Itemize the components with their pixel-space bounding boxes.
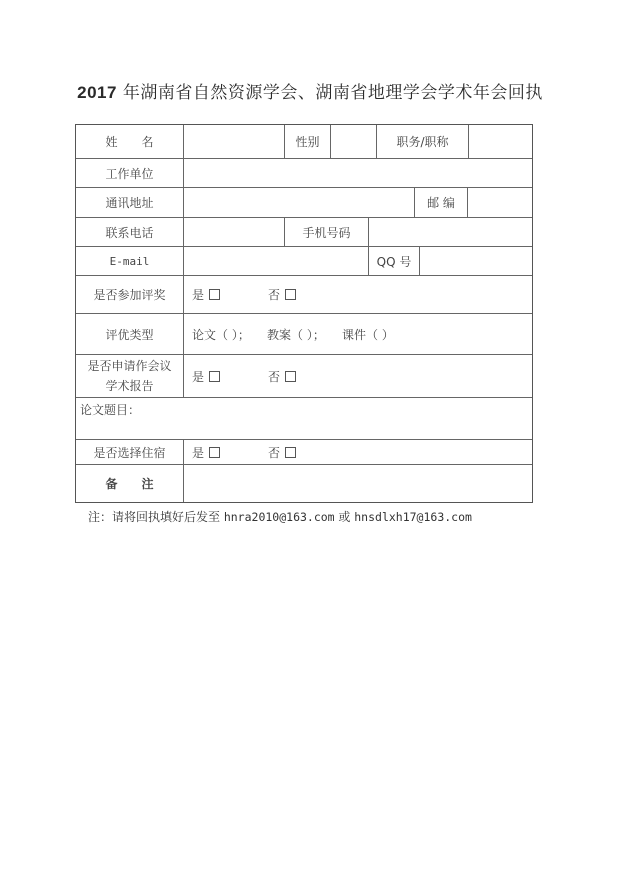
row-paper-title: 论文题目： [76, 397, 532, 439]
note-prefix: 注：请将回执填好后发至 [88, 510, 224, 524]
qq-label: QQ 号 [368, 247, 419, 275]
report-yes-label: 是 [192, 368, 204, 385]
lodging-no-option[interactable]: 否 [268, 444, 296, 461]
award-no-label: 否 [268, 286, 280, 303]
mobile-label: 手机号码 [284, 218, 368, 246]
address-field[interactable] [183, 188, 414, 217]
name-field[interactable] [183, 125, 284, 158]
report-no-label: 否 [268, 368, 280, 385]
type-lesson-plan-option[interactable]: 教案（ ）； [267, 326, 342, 343]
email-link-2[interactable]: hnsdlxh17@163.com [354, 510, 472, 524]
note-or: 或 [335, 510, 355, 524]
row-award: 是否参加评奖 是 否 [76, 275, 532, 313]
report-label-line2: 学术报告 [105, 376, 153, 396]
position-label: 职务/职称 [376, 125, 468, 158]
award-type-label: 评优类型 [76, 314, 183, 354]
remarks-field[interactable] [183, 465, 532, 502]
row-phone: 联系电话 手机号码 [76, 217, 532, 246]
lodging-no-checkbox[interactable] [285, 447, 296, 458]
report-no-checkbox[interactable] [285, 371, 296, 382]
award-type-options: 论文（ ）； 教案（ ）； 课件（ ） [183, 314, 532, 354]
row-report: 是否申请作会议 学术报告 是 否 [76, 354, 532, 397]
report-yes-option[interactable]: 是 [192, 368, 268, 385]
remarks-label: 备 注 [76, 465, 183, 502]
work-unit-label: 工作单位 [76, 159, 183, 187]
mobile-field[interactable] [368, 218, 532, 246]
row-address: 通讯地址 邮 编 [76, 187, 532, 217]
title-year: 2017 [77, 83, 117, 102]
paper-title-field[interactable]: 论文题目： [76, 398, 532, 439]
gender-field[interactable] [330, 125, 376, 158]
type-paper-option[interactable]: 论文（ ）； [192, 326, 267, 343]
title-text: 年湖南省自然资源学会、湖南省地理学会学术年会回执 [117, 83, 543, 103]
type-courseware-option[interactable]: 课件（ ） [342, 326, 394, 343]
phone-field[interactable] [183, 218, 284, 246]
report-label: 是否申请作会议 学术报告 [76, 355, 183, 397]
phone-label: 联系电话 [76, 218, 183, 246]
report-yes-checkbox[interactable] [209, 371, 220, 382]
lodging-options: 是 否 [183, 440, 532, 464]
row-award-type: 评优类型 论文（ ）； 教案（ ）； 课件（ ） [76, 313, 532, 354]
report-options: 是 否 [183, 355, 532, 397]
row-email: E-mail QQ 号 [76, 246, 532, 275]
postcode-field[interactable] [467, 188, 532, 217]
lodging-label: 是否选择住宿 [76, 440, 183, 464]
lodging-yes-checkbox[interactable] [209, 447, 220, 458]
gender-label: 性别 [284, 125, 330, 158]
award-options: 是 否 [183, 276, 532, 313]
work-unit-field[interactable] [183, 159, 532, 187]
report-label-line1: 是否申请作会议 [87, 356, 171, 376]
email-link-1[interactable]: hnra2010@163.com [224, 510, 335, 524]
award-no-option[interactable]: 否 [268, 286, 296, 303]
row-lodging: 是否选择住宿 是 否 [76, 439, 532, 464]
award-yes-label: 是 [192, 286, 204, 303]
qq-field[interactable] [419, 247, 532, 275]
row-work-unit: 工作单位 [76, 158, 532, 187]
award-yes-checkbox[interactable] [209, 289, 220, 300]
lodging-no-label: 否 [268, 444, 280, 461]
award-label: 是否参加评奖 [76, 276, 183, 313]
lodging-yes-label: 是 [192, 444, 204, 461]
row-remarks: 备 注 [76, 464, 532, 502]
row-name: 姓 名 性别 职务/职称 [76, 125, 532, 158]
registration-form-table: 姓 名 性别 职务/职称 工作单位 通讯地址 邮 编 联系电话 手机号码 E-m… [75, 124, 533, 503]
email-field[interactable] [183, 247, 368, 275]
award-yes-option[interactable]: 是 [192, 286, 268, 303]
postcode-label: 邮 编 [414, 188, 467, 217]
document-title: 2017 年湖南省自然资源学会、湖南省地理学会学术年会回执 [0, 78, 620, 103]
address-label: 通讯地址 [76, 188, 183, 217]
paper-title-label: 论文题目： [80, 401, 140, 418]
award-no-checkbox[interactable] [285, 289, 296, 300]
report-no-option[interactable]: 否 [268, 368, 296, 385]
submission-note: 注：请将回执填好后发至 hnra2010@163.com 或 hnsdlxh17… [88, 508, 472, 525]
position-field[interactable] [468, 125, 532, 158]
lodging-yes-option[interactable]: 是 [192, 444, 268, 461]
name-label: 姓 名 [76, 125, 183, 158]
email-label: E-mail [76, 247, 183, 275]
